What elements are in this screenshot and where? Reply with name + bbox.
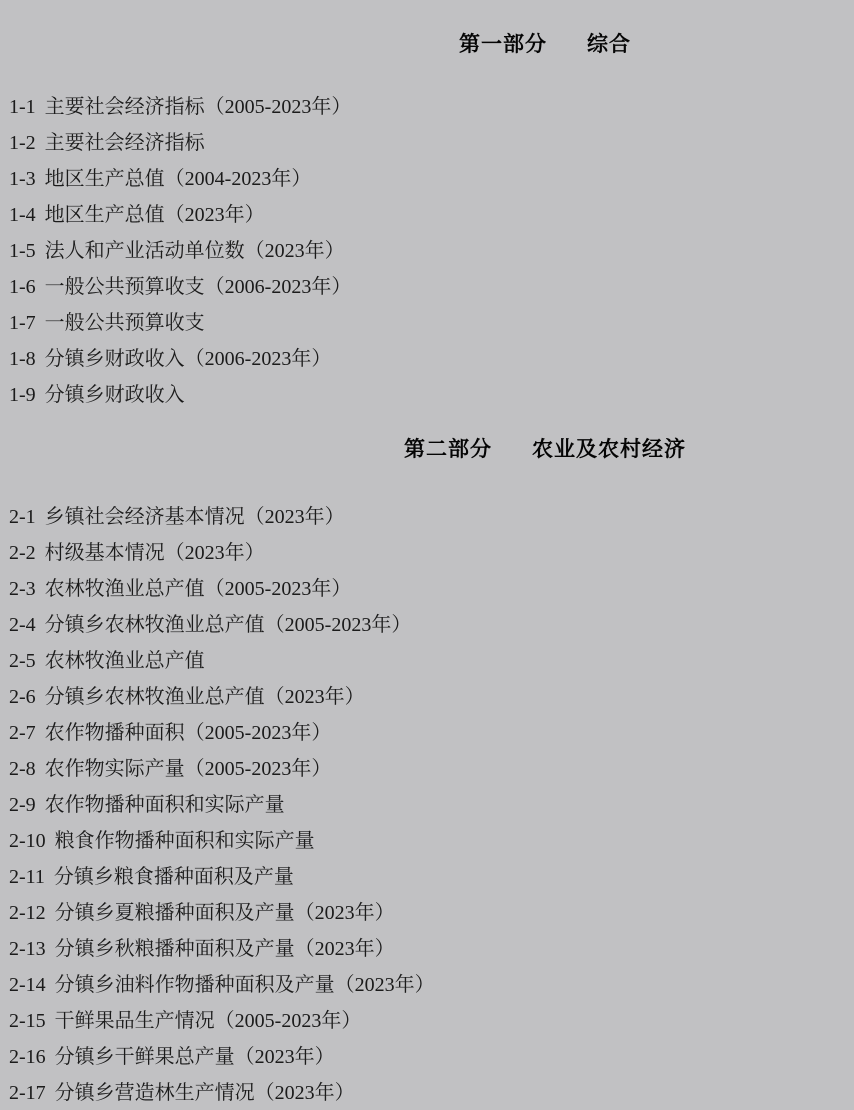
entry-number: 2-12: [9, 895, 46, 931]
section-part-label: 第一部分: [459, 33, 547, 56]
entry-number: 2-11: [9, 859, 45, 895]
entry-title: 法人和产业活动单位数（2023年）: [45, 240, 345, 262]
toc-entry: 1-6一般公共预算收支（2006-2023年）: [9, 269, 854, 305]
entry-title: 分镇乡秋粮播种面积及产量（2023年）: [55, 938, 395, 960]
toc-entry: 2-4分镇乡农林牧渔业总产值（2005-2023年）: [9, 607, 854, 643]
toc-entry: 2-7农作物播种面积（2005-2023年）: [9, 715, 854, 751]
section-heading-2: 第二部分农业及农村经济: [0, 438, 854, 462]
section-part-label: 第二部分: [404, 438, 492, 461]
entry-title: 分镇乡粮食播种面积及产量: [54, 866, 294, 888]
toc-entry: 2-17分镇乡营造林生产情况（2023年）: [9, 1075, 854, 1110]
entry-title: 农林牧渔业总产值: [45, 650, 205, 672]
entry-number: 1-8: [9, 341, 36, 377]
toc-entry: 2-11分镇乡粮食播种面积及产量: [9, 859, 854, 895]
toc-entry: 2-12分镇乡夏粮播种面积及产量（2023年）: [9, 895, 854, 931]
entry-number: 2-5: [9, 643, 36, 679]
entry-number: 2-6: [9, 679, 36, 715]
entry-title: 村级基本情况（2023年）: [45, 542, 265, 564]
toc-entry: 1-3地区生产总值（2004-2023年）: [9, 161, 854, 197]
entry-number: 2-3: [9, 571, 36, 607]
entry-number: 2-16: [9, 1039, 46, 1075]
entry-title: 农作物播种面积和实际产量: [45, 794, 285, 816]
toc-section-2-list: 2-1乡镇社会经济基本情况（2023年） 2-2村级基本情况（2023年） 2-…: [0, 499, 854, 1110]
toc-entry: 2-15干鲜果品生产情况（2005-2023年）: [9, 1003, 854, 1039]
entry-title: 乡镇社会经济基本情况（2023年）: [45, 506, 345, 528]
entry-title: 主要社会经济指标: [45, 132, 205, 154]
toc-entry: 2-3农林牧渔业总产值（2005-2023年）: [9, 571, 854, 607]
entry-number: 2-4: [9, 607, 36, 643]
entry-number: 2-8: [9, 751, 36, 787]
toc-entry: 2-8农作物实际产量（2005-2023年）: [9, 751, 854, 787]
toc-entry: 1-4地区生产总值（2023年）: [9, 197, 854, 233]
toc-entry: 1-2主要社会经济指标: [9, 125, 854, 161]
entry-title: 分镇乡油料作物播种面积及产量（2023年）: [55, 974, 435, 996]
entry-title: 地区生产总值（2004-2023年）: [45, 168, 312, 190]
entry-title: 干鲜果品生产情况（2005-2023年）: [55, 1010, 362, 1032]
entry-title: 一般公共预算收支: [45, 312, 205, 334]
toc-page: 第一部分综合 1-1主要社会经济指标（2005-2023年） 1-2主要社会经济…: [0, 33, 854, 1110]
section-name-label: 农业及农村经济: [532, 438, 686, 461]
toc-entry: 1-8分镇乡财政收入（2006-2023年）: [9, 341, 854, 377]
entry-title: 分镇乡干鲜果总产量（2023年）: [55, 1046, 335, 1068]
toc-entry: 2-10粮食作物播种面积和实际产量: [9, 823, 854, 859]
toc-entry: 1-5法人和产业活动单位数（2023年）: [9, 233, 854, 269]
entry-number: 2-14: [9, 967, 46, 1003]
entry-number: 2-13: [9, 931, 46, 967]
entry-title: 一般公共预算收支（2006-2023年）: [45, 276, 352, 298]
toc-entry: 2-1乡镇社会经济基本情况（2023年）: [9, 499, 854, 535]
entry-number: 1-4: [9, 197, 36, 233]
entry-number: 2-2: [9, 535, 36, 571]
entry-number: 1-5: [9, 233, 36, 269]
toc-entry: 2-9农作物播种面积和实际产量: [9, 787, 854, 823]
entry-number: 1-2: [9, 125, 36, 161]
toc-section-1-list: 1-1主要社会经济指标（2005-2023年） 1-2主要社会经济指标 1-3地…: [0, 89, 854, 413]
entry-title: 粮食作物播种面积和实际产量: [55, 830, 315, 852]
entry-number: 1-9: [9, 377, 36, 413]
entry-number: 2-7: [9, 715, 36, 751]
entry-title: 农林牧渔业总产值（2005-2023年）: [45, 578, 352, 600]
toc-entry: 2-13分镇乡秋粮播种面积及产量（2023年）: [9, 931, 854, 967]
entry-number: 2-1: [9, 499, 36, 535]
entry-number: 1-6: [9, 269, 36, 305]
entry-number: 2-15: [9, 1003, 46, 1039]
toc-entry: 2-6分镇乡农林牧渔业总产值（2023年）: [9, 679, 854, 715]
toc-entry: 2-5农林牧渔业总产值: [9, 643, 854, 679]
entry-title: 分镇乡农林牧渔业总产值（2005-2023年）: [45, 614, 412, 636]
toc-entry: 2-2村级基本情况（2023年）: [9, 535, 854, 571]
toc-entry: 2-14分镇乡油料作物播种面积及产量（2023年）: [9, 967, 854, 1003]
toc-entry: 1-1主要社会经济指标（2005-2023年）: [9, 89, 854, 125]
entry-number: 2-10: [9, 823, 46, 859]
section-heading-1: 第一部分综合: [0, 33, 854, 57]
entry-title: 分镇乡财政收入: [45, 384, 185, 406]
entry-title: 分镇乡财政收入（2006-2023年）: [45, 348, 332, 370]
entry-title: 分镇乡营造林生产情况（2023年）: [55, 1082, 355, 1104]
entry-title: 分镇乡农林牧渔业总产值（2023年）: [45, 686, 365, 708]
entry-title: 农作物实际产量（2005-2023年）: [45, 758, 332, 780]
entry-title: 农作物播种面积（2005-2023年）: [45, 722, 332, 744]
entry-title: 地区生产总值（2023年）: [45, 204, 265, 226]
toc-entry: 2-16分镇乡干鲜果总产量（2023年）: [9, 1039, 854, 1075]
toc-entry: 1-7一般公共预算收支: [9, 305, 854, 341]
entry-number: 1-7: [9, 305, 36, 341]
entry-number: 1-1: [9, 89, 36, 125]
entry-number: 2-9: [9, 787, 36, 823]
toc-entry: 1-9分镇乡财政收入: [9, 377, 854, 413]
entry-title: 主要社会经济指标（2005-2023年）: [45, 96, 352, 118]
section-name-label: 综合: [587, 33, 631, 56]
entry-number: 1-3: [9, 161, 36, 197]
entry-title: 分镇乡夏粮播种面积及产量（2023年）: [55, 902, 395, 924]
entry-number: 2-17: [9, 1075, 46, 1110]
